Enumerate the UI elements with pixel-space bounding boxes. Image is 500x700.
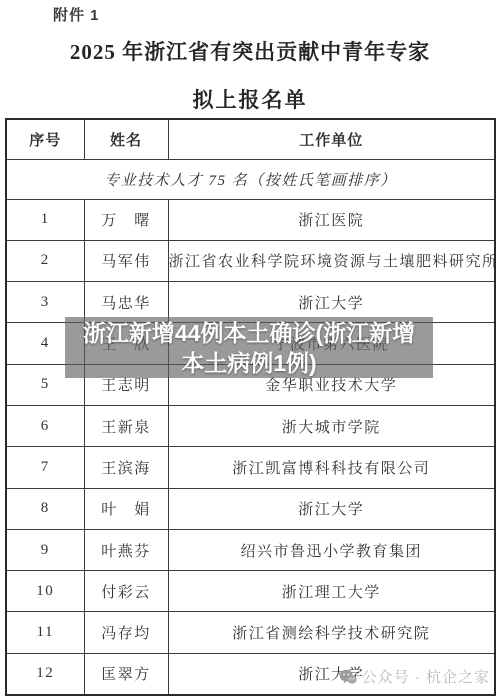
watermark: 公众号 · 杭企之家 [339,666,490,687]
table-row: 8叶 娟浙江大学 [6,488,495,529]
name-cell: 匡翠方 [84,653,168,694]
serial-number-cell: 1 [6,199,84,240]
serial-number-cell: 12 [6,653,84,694]
name-cell: 付彩云 [84,571,168,612]
work-unit-cell: 浙江凯富博科科技有限公司 [168,447,495,488]
name-cell: 王滨海 [84,447,168,488]
name-cell: 冯存均 [84,612,168,653]
table-row: 2马军伟浙江省农业科学院环境资源与土壤肥料研究所 [6,240,495,281]
work-unit-cell: 浙江医院 [168,199,495,240]
name-cell: 马军伟 [84,240,168,281]
work-unit-cell: 浙大城市学院 [168,405,495,446]
work-unit-cell: 浙江理工大学 [168,571,495,612]
table-row: 6王新泉浙大城市学院 [6,405,495,446]
header-work-unit: 工作单位 [168,119,495,159]
name-cell: 叶 娟 [84,488,168,529]
news-overlay-text: 浙江新增44例本土确诊(浙江新增本土病例1例) [74,318,424,378]
work-unit-cell: 浙江大学 [168,488,495,529]
table-row: 7王滨海浙江凯富博科科技有限公司 [6,447,495,488]
serial-number-cell: 7 [6,447,84,488]
document-title: 2025 年浙江省有突出贡献中青年专家 [0,36,500,66]
table-row: 9叶燕芬绍兴市鲁迅小学教育集团 [6,529,495,570]
table-body: 专业技术人才 75 名（按姓氏笔画排序） 1万 曙浙江医院2马军伟浙江省农业科学… [6,159,495,695]
name-cell: 叶燕芬 [84,529,168,570]
table-row: 10付彩云浙江理工大学 [6,571,495,612]
work-unit-cell: 绍兴市鲁迅小学教育集团 [168,529,495,570]
wechat-icon [339,669,357,685]
roster-table: 序号 姓名 工作单位 专业技术人才 75 名（按姓氏笔画排序） 1万 曙浙江医院… [5,118,496,696]
watermark-text: 公众号 · 杭企之家 [362,666,490,687]
serial-number-cell: 8 [6,488,84,529]
table-header-row: 序号 姓名 工作单位 [6,119,495,159]
serial-number-cell: 9 [6,529,84,570]
document-subtitle: 拟上报名单 [0,84,500,114]
name-cell: 万 曙 [84,199,168,240]
document-page: 附件 1 2025 年浙江省有突出贡献中青年专家 拟上报名单 序号 姓名 工作单… [0,0,500,700]
news-overlay-banner: 浙江新增44例本土确诊(浙江新增本土病例1例) [65,317,433,378]
serial-number-cell: 2 [6,240,84,281]
header-name: 姓名 [84,119,168,159]
attachment-label: 附件 1 [53,4,100,25]
work-unit-cell: 浙江省测绘科学技术研究院 [168,612,495,653]
serial-number-cell: 11 [6,612,84,653]
table-row: 1万 曙浙江医院 [6,199,495,240]
table-row: 11冯存均浙江省测绘科学技术研究院 [6,612,495,653]
serial-number-cell: 6 [6,405,84,446]
header-serial-number: 序号 [6,119,84,159]
name-cell: 王新泉 [84,405,168,446]
section-header-label: 专业技术人才 75 名（按姓氏笔画排序） [6,159,495,199]
serial-number-cell: 10 [6,571,84,612]
section-header-row: 专业技术人才 75 名（按姓氏笔画排序） [6,159,495,199]
work-unit-cell: 浙江省农业科学院环境资源与土壤肥料研究所 [168,240,495,281]
